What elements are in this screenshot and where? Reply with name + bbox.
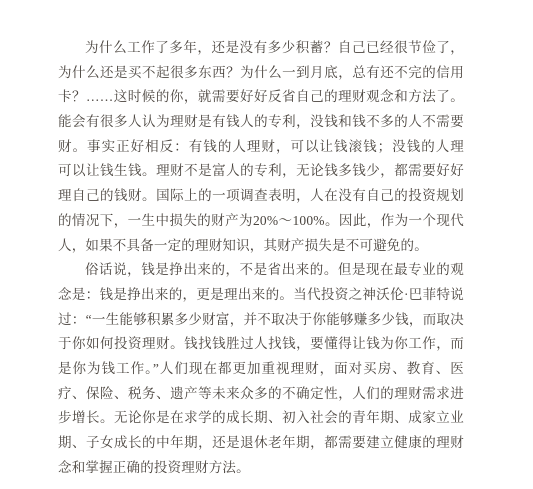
body-text: 为什么工作了多年，还是没有多少积蓄？自己已经很节俭了， 为什么还是买不起很多东西… (58, 36, 464, 480)
text-line: 为什么工作了多年，还是没有多少积蓄？自己已经很节俭了， (58, 36, 464, 61)
text-line: 可以让钱生钱。理财不是富人的专利，无论钱多钱少，都需要好好打 (58, 159, 464, 184)
book-page: 为什么工作了多年，还是没有多少积蓄？自己已经很节俭了， 为什么还是买不起很多东西… (0, 0, 533, 489)
text-line: 期、子女成长的中年期，还是退休老年期，都需要建立健康的理财观 (58, 431, 464, 456)
text-line: 念是：钱是挣出来的，更是理出来的。当代投资之神沃伦·巴菲特说 (58, 283, 464, 308)
text-line: 步增长。无论你是在求学的成长期、初入社会的青年期、成家立业 (58, 406, 464, 431)
text-line: 是你为钱工作。”人们现在都更加重视理财，面对买房、教育、医 (58, 357, 464, 382)
text-line: 过：“一生能够积累多少财富，并不取决于你能够赚多少钱，而取决 (58, 308, 464, 333)
text-line: 卡？……这时候的你，就需要好好反省自己的理财观念和方法了。可 (58, 85, 464, 110)
text-line: 的情况下，一生中损失的财产为20%～100%。因此，作为一个现代 (58, 209, 464, 234)
text-line: 于你如何投资理财。钱找钱胜过人找钱，要懂得让钱为你工作，而不 (58, 332, 464, 357)
text-line: 理自己的钱财。国际上的一项调查表明，人在没有自己的投资规划 (58, 184, 464, 209)
text-line: 财。事实正好相反：有钱的人理财，可以让钱滚钱；没钱的人理财， (58, 135, 464, 160)
text-line: 念和掌握正确的投资理财方法。 (58, 456, 464, 481)
text-line: 为什么还是买不起很多东西？为什么一到月底，总有还不完的信用 (58, 61, 464, 86)
text-line: 能会有很多人认为理财是有钱人的专利，没钱和钱不多的人不需要理 (58, 110, 464, 135)
text-line: 疗、保险、税务、遗产等未来众多的不确定性，人们的理财需求进一 (58, 382, 464, 407)
text-line: 俗话说，钱是挣出来的，不是省出来的。但是现在最专业的观 (58, 258, 464, 283)
text-line: 人，如果不具备一定的理财知识，其财产损失是不可避免的。 (58, 234, 464, 259)
